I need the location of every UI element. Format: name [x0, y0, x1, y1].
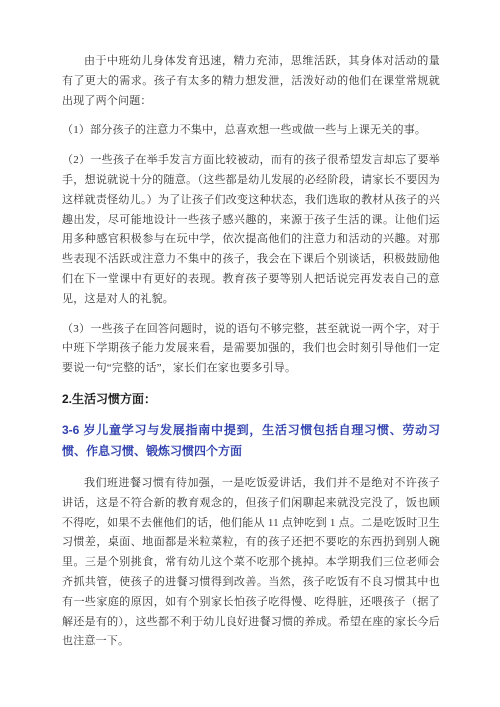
- section-heading-life-habits: 2.生活习惯方面：: [62, 389, 440, 410]
- document-page: 由于中班幼儿身体发育迅速，精力充沛，思维活跃，其身体对活动的量有了更大的需求。孩…: [0, 0, 500, 707]
- intro-paragraph: 由于中班幼儿身体发育迅速，精力充沛，思维活跃，其身体对活动的量有了更大的需求。孩…: [62, 52, 440, 111]
- problem-item-1: （1）部分孩子的注意力不集中，总喜欢想一些或做一些与上课无关的事。: [62, 121, 440, 141]
- problem-item-3: （3）一些孩子在回答问题时，说的语句不够完整，甚至就说一两个字，对于中班下学期孩…: [62, 320, 440, 379]
- problem-item-2: （2）一些孩子在举手发言方面比较被动，而有的孩子很希望发言却忘了要举手，想说就说…: [62, 151, 440, 309]
- meal-habits-paragraph: 我们班进餐习惯有待加强，一是吃饭爱讲话，我们并不是绝对不许孩子讲话，这是不符合新…: [62, 474, 440, 652]
- guideline-heading-blue: 3-6 岁儿童学习与发展指南中提到，生活习惯包括自理习惯、劳动习惯、作息习惯、锻…: [62, 420, 440, 462]
